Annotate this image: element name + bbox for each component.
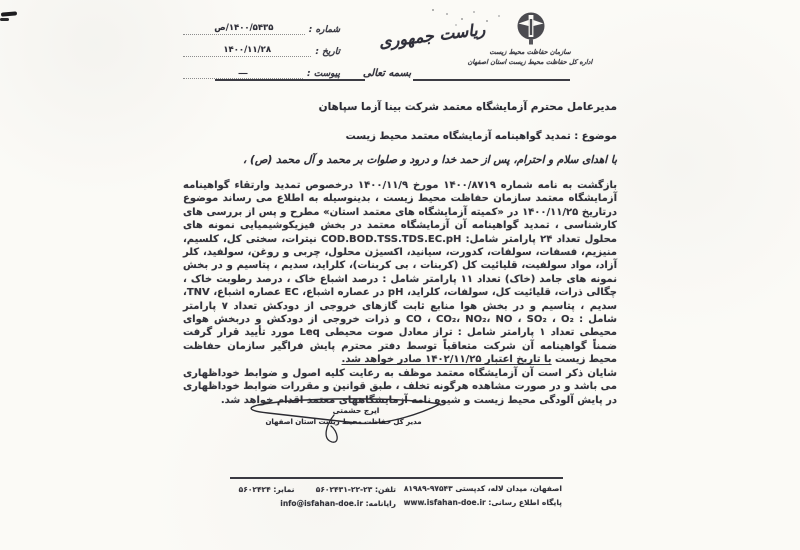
phone-number: ۵۶۰۲۴۳۱-۲۲-۲۳ (316, 483, 373, 497)
salutation-line: با اهدای سلام و احترام، پس از حمد خدا و … (243, 154, 617, 166)
organization-name-line: سازمان حفاظت محیط زیست (452, 48, 608, 56)
body-paragraph-main: بازگشت به نامه شماره ۱۴۰۰/۸۷۱۹ مورخ ۱۴۰۰… (183, 179, 617, 367)
body-main-text: بازگشت به نامه شماره ۱۴۰۰/۸۷۱۹ مورخ ۱۴۰۰… (183, 180, 617, 365)
footer-contact-block: تلفن: ۵۶۰۲۴۳۱-۲۲-۲۳ نمابر: ۵۶۰۲۴۲۴ رایان… (239, 483, 396, 511)
website-label: پایگاه اطلاع رسانی: (488, 498, 562, 507)
signatory-title: مدیر کل حفاظت محیط زیست استان اصفهان (246, 418, 441, 426)
ref-row-date: تاریخ : ۱۴۰۰/۱۱/۲۸ (183, 35, 340, 57)
website-url: www.isfahan-doe.ir (404, 498, 486, 507)
header-rule-right (413, 79, 570, 81)
ref-attachment-value: ـــ (239, 67, 248, 77)
fax-number: ۵۶۰۲۴۲۴ (239, 483, 271, 497)
body-underlined-validity: با تاریخ اعتبار ۱۴۰۲/۱۱/۲۵ صادر خواهد شد… (342, 354, 552, 365)
scan-artifact-mark (1, 11, 17, 16)
provincial-office-line: اداره کل حفاظت محیط زیست استان اصفهان (445, 58, 615, 66)
scan-artifact-mark (0, 18, 9, 21)
ref-attachment-label: پیوست : (307, 69, 340, 79)
environment-organization-emblem-icon (514, 11, 548, 47)
footer-email-line: رایانامه: info@isfahan-doe.ir (239, 497, 396, 511)
ref-date-value: ۱۴۰۰/۱۱/۲۸ (223, 45, 271, 55)
bismillah-text: بسمه تعالی (362, 68, 412, 79)
ref-row-number: شماره : ص/۱۴۰۰/۵۴۳۵ (183, 13, 340, 35)
footer-phone-fax-line: تلفن: ۵۶۰۲۴۳۱-۲۲-۲۳ نمابر: ۵۶۰۲۴۲۴ (239, 483, 396, 497)
scan-noise-speckles (432, 9, 434, 11)
postal-code: ۸۱۹۸۹-۹۷۵۴۳ (404, 482, 453, 496)
footer-address-line: اصفهان، میدان لاله، کدپستی ۸۱۹۸۹-۹۷۵۴۳ (404, 482, 562, 496)
letter-body: بازگشت به نامه شماره ۱۴۰۰/۸۷۱۹ مورخ ۱۴۰۰… (183, 179, 617, 407)
subject-line: موضوع : تمدید گواهینامه آزمایشگاه معتمد … (346, 131, 617, 142)
ref-row-attachment: پیوست : ـــ (183, 57, 340, 79)
address-text: اصفهان، میدان لاله، کدپستی (455, 484, 562, 493)
phone-label: تلفن: (375, 485, 396, 494)
recipient-line: مدیرعامل محترم آزمایشگاه معتمد شرکت بینا… (319, 101, 617, 113)
scanned-letter-page: شماره : ص/۱۴۰۰/۵۴۳۵ تاریخ : ۱۴۰۰/۱۱/۲۸ پ… (0, 0, 800, 550)
footer-address-block: اصفهان، میدان لاله، کدپستی ۸۱۹۸۹-۹۷۵۴۳ پ… (404, 482, 562, 510)
signature-block: ایرج حشمتی مدیر کل حفاظت محیط زیست استان… (238, 395, 452, 447)
fax-label: نمابر: (273, 485, 294, 494)
footer-rule (230, 477, 563, 479)
reference-fields: شماره : ص/۱۴۰۰/۵۴۳۵ تاریخ : ۱۴۰۰/۱۱/۲۸ پ… (183, 13, 340, 79)
presidency-calligraphy-title: ریاست جمهوری (375, 19, 488, 52)
signatory-name: ایرج حشمتی (316, 406, 396, 415)
ref-number-value: ص/۱۴۰۰/۵۴۳۵ (214, 23, 273, 33)
ref-date-label: تاریخ : (315, 47, 340, 57)
email-address: info@isfahan-doe.ir (280, 499, 363, 508)
ref-number-label: شماره : (309, 25, 340, 35)
footer-website-line: پایگاه اطلاع رسانی: www.isfahan-doe.ir (404, 496, 562, 510)
header-rule-left (215, 79, 365, 81)
email-label: رایانامه: (366, 499, 396, 508)
